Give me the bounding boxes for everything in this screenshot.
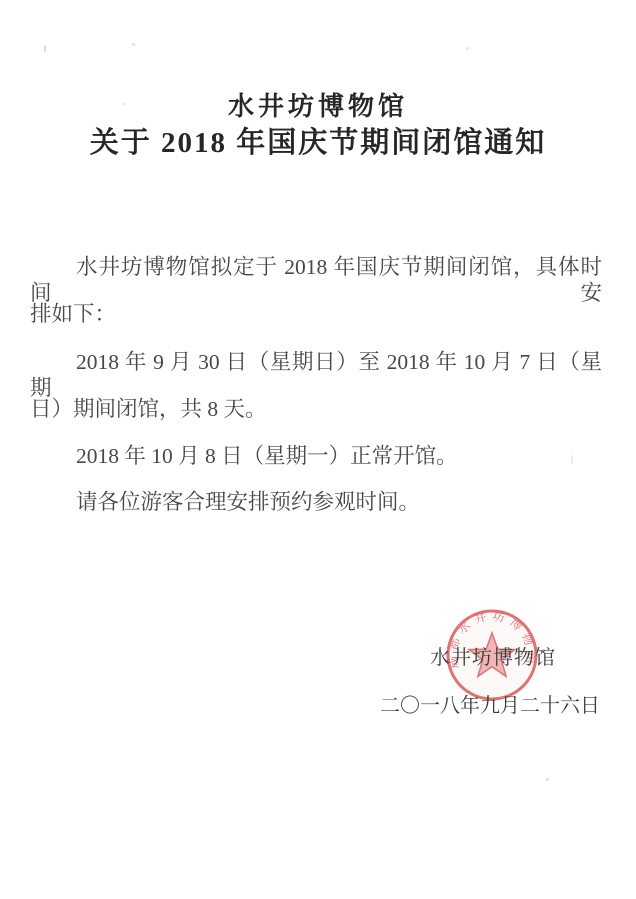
scan-speck (44, 45, 46, 52)
body-line: 水井坊博物馆拟定于 2018 年国庆节期间闭馆，具体时间安 (30, 254, 602, 306)
date-text: 二〇一八年九月二十六日 (380, 689, 600, 718)
scan-speck (466, 47, 469, 50)
document-title-subject: 关于 2018 年国庆节期间闭馆通知 (0, 120, 636, 161)
document-page: 水井坊博物馆 关于 2018 年国庆节期间闭馆通知 水井坊博物馆拟定于 2018… (0, 0, 636, 899)
body-line: 2018 年 9 月 30 日（星期日）至 2018 年 10 月 7 日（星期 (30, 349, 602, 401)
scan-speck (546, 778, 549, 781)
scan-speck (132, 43, 135, 46)
document-title-org: 水井坊博物馆 (0, 86, 636, 123)
signature-text: 水井坊博物馆 (430, 641, 554, 670)
body-line: 2018 年 10 月 8 日（星期一）正常开馆。 (30, 443, 602, 469)
body-line: 请各位游客合理安排预约参观时间。 (30, 489, 602, 515)
body-line: 排如下： (30, 301, 602, 327)
body-line: 日）期间闭馆，共 8 天。 (30, 396, 602, 422)
